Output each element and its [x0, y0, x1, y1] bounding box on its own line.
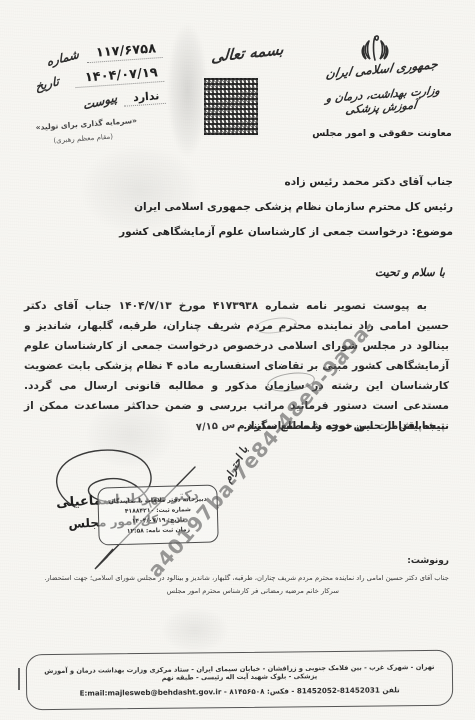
cc-item: جناب آقای دکتر حسین امامی راد نماینده مح… [20, 574, 449, 582]
qr-code [204, 78, 258, 135]
ref-date-row: ۱۴۰۴/۰۷/۱۹ تاریخ [17, 65, 165, 92]
cc-title: رونوشت: [20, 556, 449, 566]
ref-number-row: ۱۱۷/۶۷۵۸ شماره [15, 41, 163, 68]
ref-number-label: شماره [46, 47, 80, 69]
year-slogan-attribution: (مقام معظم رهبری) [21, 133, 113, 147]
stamp-office-line: دبیرخانه دفتر ملاقات با نمایندگان [103, 496, 213, 506]
org-deputy-line: معاونت حقوقی و امور مجلس [307, 128, 457, 139]
ref-attachment-value: ندارد [123, 89, 166, 107]
subject-line: موضوع: درخواست جمعی از کارشناسان علوم آز… [60, 226, 453, 238]
recipient-name: جناب آقای دکتر محمد رئیس زاده [60, 176, 453, 188]
org-ministry-line: وزارت بهداشت، درمان و آموزش پزشکی [305, 83, 458, 120]
cc-block: رونوشت: جناب آقای دکتر حسین امامی راد نم… [20, 556, 449, 595]
registration-stamp: دبیرخانه دفتر ملاقات با نمایندگان شماره … [97, 484, 218, 545]
stamp-date: تاریخ: ۱۴۰۴/۰۷/۱۹ [103, 516, 213, 526]
salutation: با سلام و تحیت [375, 266, 445, 279]
closing-line: پیشاپیش از حسن توجه شما سپاسگزارم [237, 420, 445, 432]
ref-number-value: ۱۱۷/۶۷۵۸ [85, 41, 162, 63]
stamp-register-number: شماره ثبت: ۴۱۸۸۴۲۱۰ [103, 506, 213, 516]
scanned-letter-page: ۱۱۷/۶۷۵۸ شماره ۱۴۰۴/۰۷/۱۹ تاریخ ندارد پی… [0, 0, 475, 720]
letter-body: به پیوست تصویر نامه شماره ۴۱۷۳۹۳۸ مورخ ۱… [24, 296, 449, 437]
recipient-title: رئیس کل محترم سازمان نظام پزشکی جمهوری ا… [60, 201, 453, 213]
ref-date-label: تاریخ [35, 72, 69, 94]
bismillah-text: بسمه تعالی [200, 39, 296, 67]
footer-phone-fax-email: تلفن 81452031-81452052 - فکس: ۸۱۴۵۶۵۰۸ -… [37, 684, 442, 697]
footer-address: تهران - شهرک غرب - بین فلامک جنوبی و زرا… [37, 662, 442, 682]
organization-header: جمهوری اسلامی ایران وزارت بهداشت، درمان … [307, 62, 457, 139]
footer-contact-box: تهران - شهرک غرب - بین فلامک جنوبی و زرا… [26, 650, 454, 710]
cc-item: سرکار خانم مرضیه رمضانی فر کارشناس محترم… [20, 587, 449, 595]
reference-block: ۱۱۷/۶۷۵۸ شماره ۱۴۰۴/۰۷/۱۹ تاریخ ندارد پی… [15, 41, 168, 147]
ref-attachment-label: پیوست [82, 90, 117, 113]
recipient-block: جناب آقای دکتر محمد رئیس زاده رئیس کل مح… [60, 176, 453, 238]
scan-fold-mark [18, 668, 20, 690]
stamp-time: زمان ثبت نامه: ۱۲:۵۸ [103, 526, 213, 536]
handwritten-note: س ۷/۱۵ [196, 416, 237, 439]
year-slogan: «سرمایه گذاری برای تولید» [20, 116, 137, 133]
ref-date-value: ۱۴۰۴/۰۷/۱۹ [74, 65, 164, 88]
scan-smudge [150, 600, 240, 660]
with-respect-text: با احترام [220, 444, 250, 485]
letter-body-paragraph: به پیوست تصویر نامه شماره ۴۱۷۳۹۳۸ مورخ ۱… [24, 300, 449, 432]
